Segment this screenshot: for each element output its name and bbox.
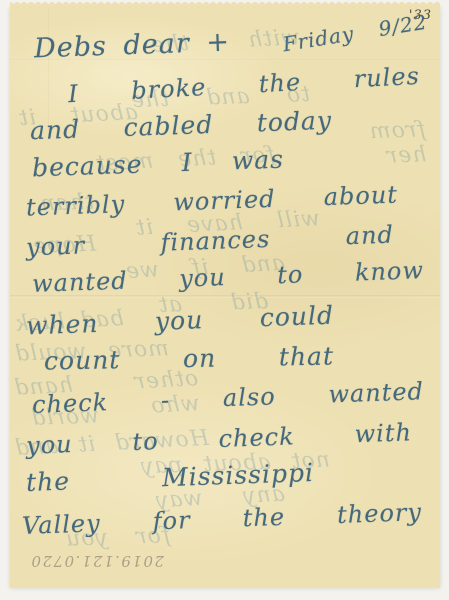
handwritten-line: when you could: [26, 301, 335, 341]
date-annotation: Friday 9/22: [281, 10, 429, 57]
letter-page: '33 Friday 9/22 with the to and the abou…: [10, 7, 440, 588]
handwritten-line: because I was: [32, 145, 285, 183]
ink-showthrough: from her: [325, 117, 427, 170]
torn-edge: [10, 2, 440, 7]
handwritten-line: count on that: [44, 341, 334, 375]
accession-number: 2019.121.0720: [26, 552, 164, 570]
handwritten-line: Valley for the theory: [22, 498, 423, 540]
